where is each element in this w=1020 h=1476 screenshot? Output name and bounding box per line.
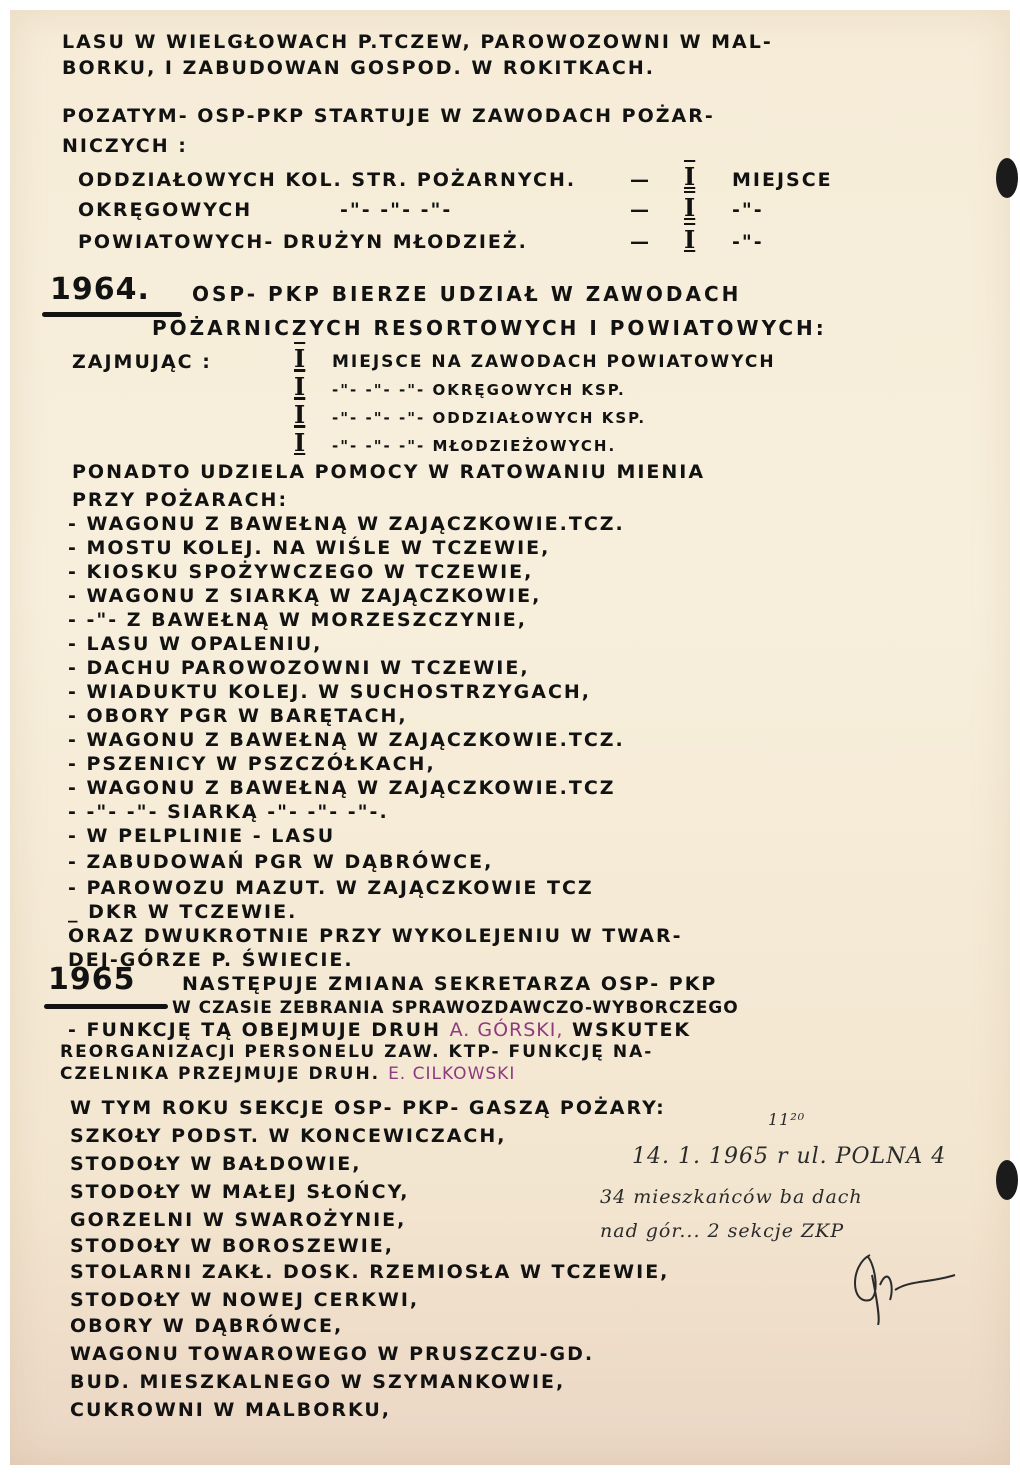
list-item: CUKROWNI W MALBORKU,	[70, 1398, 391, 1422]
margin-note-line: nad gór... 2 sekcje ZKP	[600, 1220, 844, 1242]
list-item: - -"- -"- SIARKĄ -"- -"- -"-.	[68, 800, 389, 824]
list-item: - WIADUKTU KOLEJ. W SUCHOSTRZYGACH,	[68, 680, 591, 704]
list-item: SZKOŁY PODST. W KONCEWICZACH,	[70, 1124, 506, 1148]
placement-text: -"- -"- -"- MŁODZIEŻOWYCH.	[332, 434, 616, 458]
signature-icon	[840, 1245, 960, 1325]
list-item: STODOŁY W BAŁDOWIE,	[70, 1152, 361, 1176]
list-item: - W PELPLINIE - LASU	[68, 824, 335, 848]
list-item: _ DKR W TCZEWIE.	[68, 900, 297, 924]
competition-label: OKRĘGOWYCH	[78, 198, 252, 222]
list-item: GORZELNI W SWAROŻYNIE,	[70, 1208, 406, 1232]
intro-line: NICZYCH :	[62, 134, 188, 158]
year-underline	[44, 1004, 168, 1009]
list-item: - PSZENICY W PSZCZÓŁKACH,	[68, 752, 436, 776]
competition-dash: —	[630, 168, 651, 192]
list-item: - WAGONU Z SIARKĄ W ZAJĄCZKOWIE,	[68, 584, 541, 608]
margin-note-line: 34 mieszkańców ba dach	[600, 1186, 863, 1208]
section-line: OSP- PKP BIERZE UDZIAŁ W ZAWODACH	[192, 282, 741, 306]
competition-place: I	[684, 162, 695, 191]
list-item: - ZABUDOWAŃ PGR W DĄBRÓWCE,	[68, 850, 493, 874]
list-item: - PAROWOZU MAZUT. W ZAJĄCZKOWIE TCZ	[68, 876, 594, 900]
placement-place: I	[294, 400, 305, 429]
list-item: - KIOSKU SPOŻYWCZEGO W TCZEWIE,	[68, 560, 533, 584]
list-item: STODOŁY W BOROSZEWIE,	[70, 1234, 394, 1258]
placement-place: I	[294, 428, 305, 457]
list-item: - DACHU PAROWOZOWNI W TCZEWIE,	[68, 656, 530, 680]
list-item: - -"- Z BAWEŁNĄ W MORZESZCZYNIE,	[68, 608, 527, 632]
placement-text: -"- -"- -"- ODDZIAŁOWYCH KSP.	[332, 406, 646, 430]
competition-label: ODDZIAŁOWYCH KOL. STR. POŻARNYCH.	[78, 168, 576, 192]
competition-suffix: -"-	[732, 198, 764, 222]
list-item: - MOSTU KOLEJ. NA WIŚLE W TCZEWIE,	[68, 536, 550, 560]
competition-suffix: MIEJSCE	[732, 168, 833, 192]
document-page: LASU W WIELGŁOWACH P.TCZEW, PAROWOZOWNI …	[10, 10, 1010, 1465]
section-line: CZELNIKA PRZEJMUJE DRUH. E. CILKOWSKI	[60, 1062, 515, 1086]
section-line: REORGANIZACJI PERSONELU ZAW. KTP- FUNKCJ…	[60, 1040, 653, 1064]
list-item: BUD. MIESZKALNEGO W SZYMANKOWIE,	[70, 1370, 565, 1394]
intro-line: POZATYM- OSP-PKP STARTUJE W ZAWODACH POŻ…	[62, 104, 715, 128]
fires-header: W TYM ROKU SEKCJE OSP- PKP- GASZĄ POŻARY…	[70, 1096, 666, 1120]
competition-place: I	[684, 193, 695, 222]
competition-place: I	[684, 225, 695, 254]
intro-line: LASU W WIELGŁOWACH P.TCZEW, PAROWOZOWNI …	[62, 30, 773, 54]
list-item: - WAGONU Z BAWEŁNĄ W ZAJĄCZKOWIE.TCZ	[68, 776, 616, 800]
competition-ditto: -"- -"- -"-	[340, 198, 452, 222]
placement-place: I	[294, 344, 305, 373]
section-line: PRZY POŻARACH:	[72, 488, 288, 512]
list-item: OBORY W DĄBRÓWCE,	[70, 1314, 343, 1338]
list-item: - LASU W OPALENIU,	[68, 632, 322, 656]
competition-label: POWIATOWYCH- DRUŻYN MŁODZIEŻ.	[78, 230, 528, 254]
section-line: ORAZ DWUKROTNIE PRZY WYKOLEJENIU W TWAR-	[68, 924, 683, 948]
list-item: - WAGONU Z BAWEŁNĄ W ZAJĄCZKOWIE.TCZ.	[68, 728, 625, 752]
list-item: - WAGONU Z BAWEŁNĄ W ZAJĄCZKOWIE.TCZ.	[68, 512, 625, 536]
line-text: - FUNKCJĘ TĄ OBEJMUJE DRUH	[68, 1019, 441, 1041]
person-name-gorski: A. GÓRSKI,	[450, 1019, 564, 1041]
list-item: STODOŁY W MAŁEJ SŁOŃCY,	[70, 1180, 409, 1204]
intro-line: BORKU, I ZABUDOWAN GOSPOD. W ROKITKACH.	[62, 56, 655, 80]
section-line: POŻARNICZYCH RESORTOWYCH I POWIATOWYCH:	[152, 316, 827, 340]
punch-hole	[996, 158, 1018, 198]
placement-text: -"- -"- -"- OKRĘGOWYCH KSP.	[332, 378, 626, 402]
zajmujac-label: ZAJMUJĄC :	[72, 350, 212, 374]
list-item: WAGONU TOWAROWEGO W PRUSZCZU-GD.	[70, 1342, 594, 1366]
person-name-cilkowski: E. CILKOWSKI	[388, 1064, 515, 1084]
list-item: STODOŁY W NOWEJ CERKWI,	[70, 1288, 419, 1312]
margin-note-time: 11²⁰	[768, 1110, 805, 1129]
placement-text: MIEJSCE NA ZAWODACH POWIATOWYCH	[332, 350, 776, 374]
margin-note-line: 14. 1. 1965 r ul. POLNA 4	[632, 1144, 946, 1169]
list-item: - OBORY PGR W BARĘTACH,	[68, 704, 408, 728]
line-text: CZELNIKA PRZEJMUJE DRUH.	[60, 1064, 380, 1084]
competition-dash: —	[630, 230, 651, 254]
line-text: WSKUTEK	[572, 1019, 691, 1041]
section-line: PONADTO UDZIELA POMOCY W RATOWANIU MIENI…	[72, 460, 705, 484]
punch-hole	[996, 1160, 1018, 1200]
year-heading-1965: 1965	[48, 962, 136, 997]
competition-suffix: -"-	[732, 230, 764, 254]
competition-dash: —	[630, 198, 651, 222]
section-line: - FUNKCJĘ TĄ OBEJMUJE DRUH A. GÓRSKI, WS…	[68, 1018, 691, 1042]
section-line: W CZASIE ZEBRANIA SPRAWOZDAWCZO-WYBORCZE…	[172, 996, 739, 1020]
list-item: STOLARNI ZAKŁ. DOSK. RZEMIOSŁA W TCZEWIE…	[70, 1260, 669, 1284]
year-heading-1964: 1964.	[50, 272, 150, 307]
section-line: NASTĘPUJE ZMIANA SEKRETARZA OSP- PKP	[182, 972, 717, 996]
placement-place: I	[294, 372, 305, 401]
